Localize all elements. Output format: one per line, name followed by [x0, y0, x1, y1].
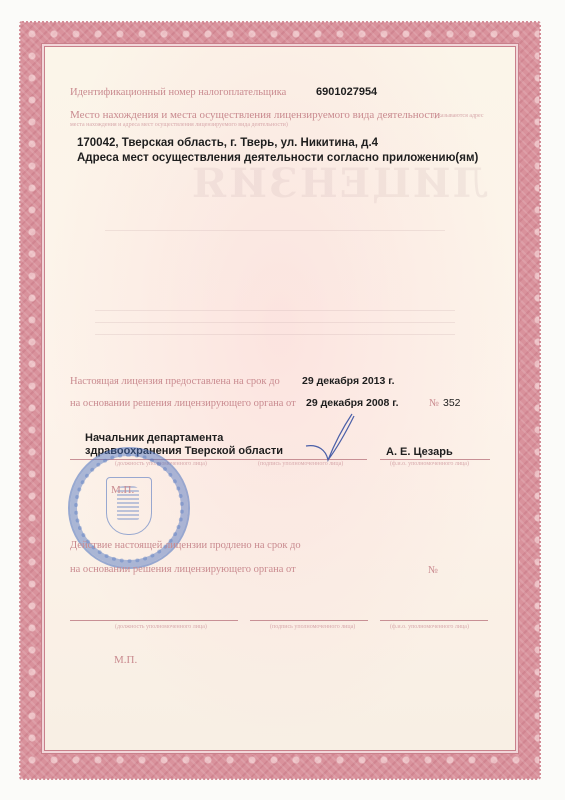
address-line-2: Адреса мест осуществления деятельности с… — [77, 152, 478, 164]
decision-label: на основании решения лицензирующего орга… — [70, 398, 296, 409]
taxpayer-id-label: Идентификационный номер налогоплательщик… — [70, 87, 286, 98]
extension-caption-position: (должность уполномоченного лица) — [115, 624, 207, 630]
decision-number: 352 — [443, 397, 461, 409]
location-note: места нахождения и адреса мест осуществл… — [70, 122, 288, 128]
extension-term-label: Действие настоящей лицензии продлено на … — [70, 540, 301, 551]
bleed-through-line — [95, 334, 455, 335]
signatory-position-line1: Начальник департамента — [85, 432, 223, 444]
bleed-through-line — [95, 322, 455, 323]
extension-decision-label: на основании решения лицензирующего орга… — [70, 564, 296, 575]
bleed-through-watermark: ЛИЦЕНЗИЯ — [190, 160, 488, 207]
license-page: ЛИЦЕНЗИЯ Идентификационный номер налогоп… — [0, 0, 565, 800]
address-line-1: 170042, Тверская область, г. Тверь, ул. … — [77, 137, 378, 149]
extension-number-label: № — [428, 565, 438, 576]
extension-caption-name: (ф.и.о. уполномоченного лица) — [390, 624, 469, 630]
extension-seal-place-label: М.П. — [114, 654, 137, 666]
decision-date: 29 декабря 2008 г. — [306, 397, 399, 409]
extension-signature-underline — [250, 620, 368, 621]
term-label: Настоящая лицензия предоставлена на срок… — [70, 376, 280, 387]
bleed-through-line — [105, 230, 445, 231]
name-underline — [380, 459, 490, 460]
decision-number-label: № — [429, 398, 439, 409]
seal-place-label: М.П. — [111, 484, 134, 496]
location-note-inline: (указываются адрес — [433, 113, 484, 119]
caption-name: (ф.и.о. уполномоченного лица) — [390, 461, 469, 467]
term-value: 29 декабря 2013 г. — [302, 375, 395, 387]
signature-mark — [300, 410, 370, 465]
extension-position-underline — [70, 620, 238, 621]
signatory-name: А. Е. Цезарь — [386, 446, 453, 458]
taxpayer-id-value: 6901027954 — [316, 86, 377, 98]
extension-caption-signature: (подпись уполномоченного лица) — [270, 624, 355, 630]
extension-name-underline — [380, 620, 488, 621]
location-label: Место нахождения и места осуществления л… — [70, 109, 440, 121]
bleed-through-line — [95, 310, 455, 311]
